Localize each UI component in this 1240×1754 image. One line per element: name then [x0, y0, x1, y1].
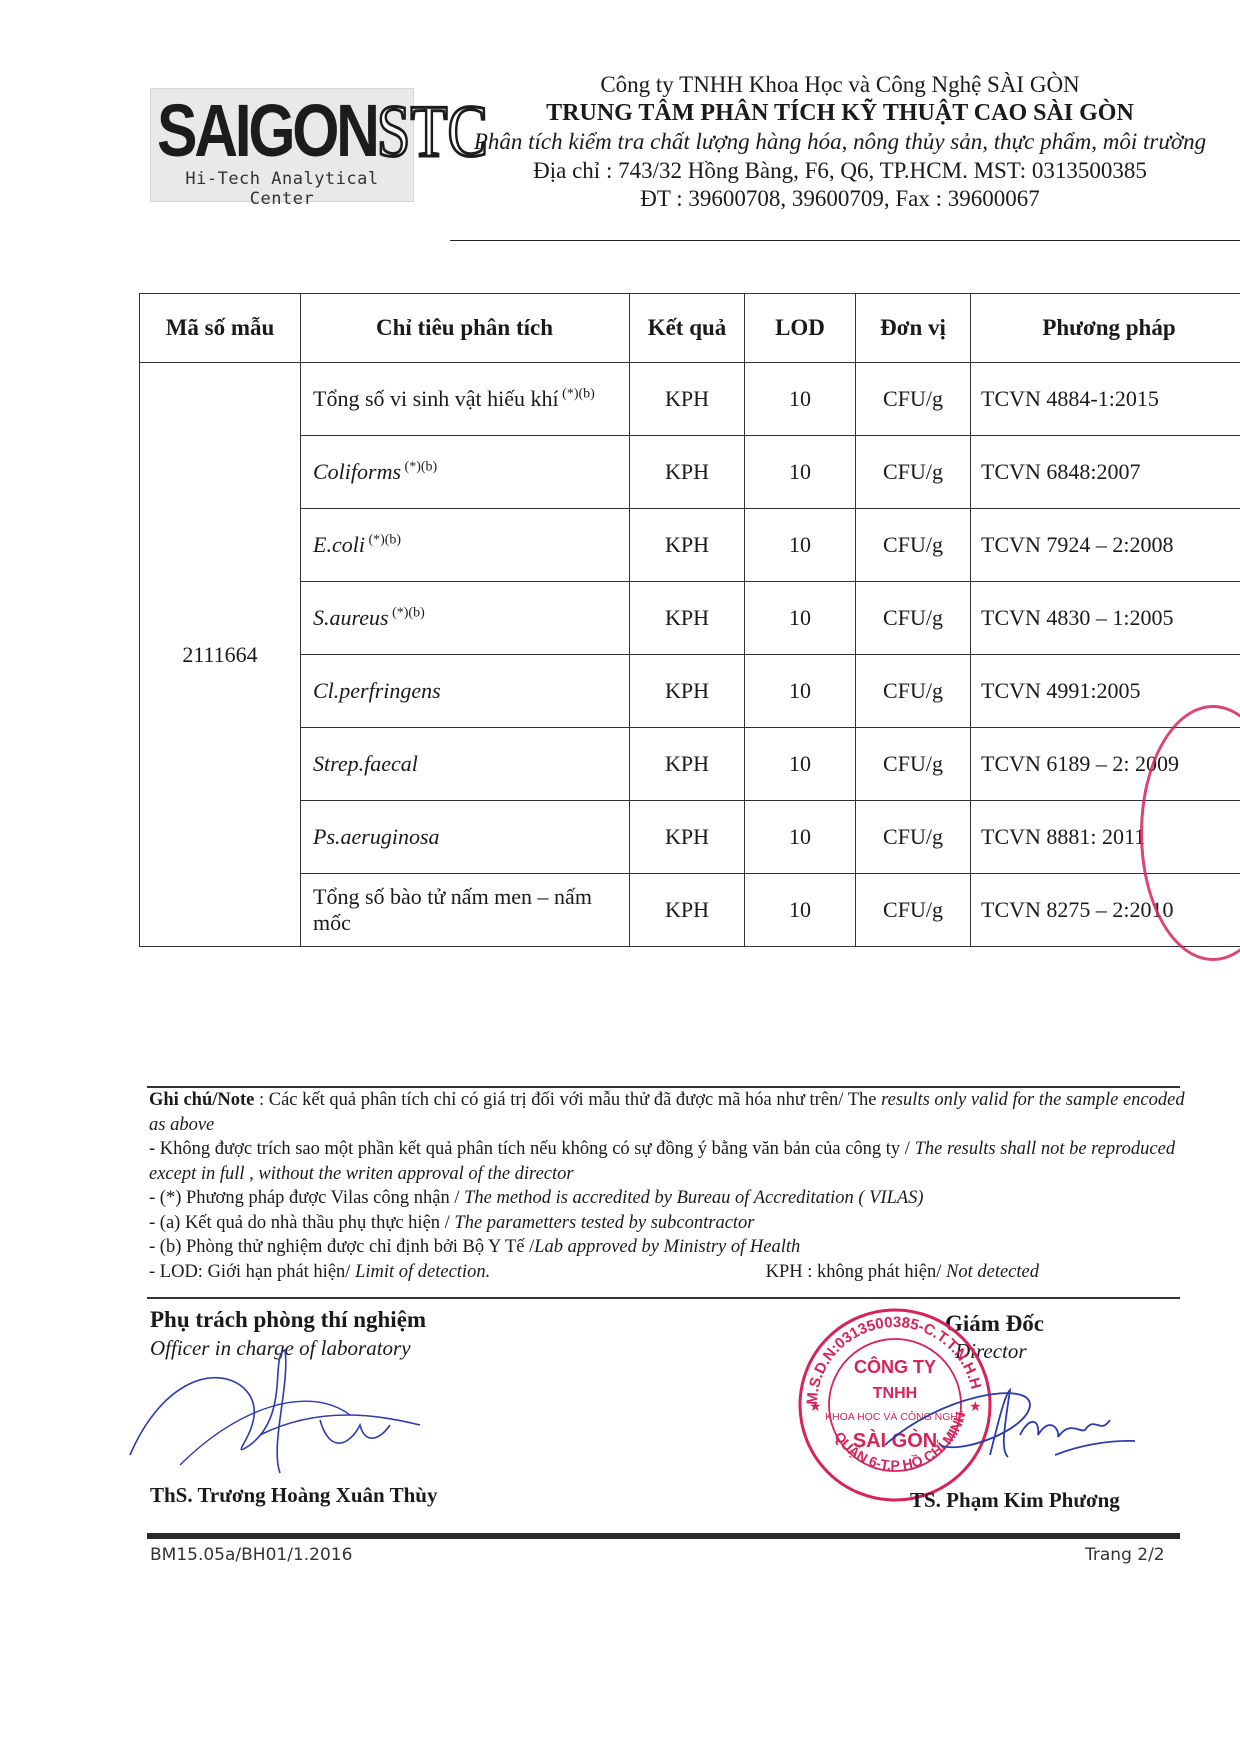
center-name: TRUNG TÂM PHÂN TÍCH KỸ THUẬT CAO SÀI GÒN	[410, 100, 1240, 127]
svg-text:CÔNG TY: CÔNG TY	[854, 1356, 936, 1377]
sample-code: 2111664	[140, 363, 301, 947]
unit-value: CFU/g	[856, 509, 971, 582]
lod-value: 10	[745, 509, 856, 582]
parameter-name: Tổng số bào tử nấm men – nấm mốc	[301, 874, 630, 947]
svg-text:★: ★	[809, 1400, 822, 1415]
lod-value: 10	[745, 801, 856, 874]
lab-officer-title: Phụ trách phòng thí nghiệm	[150, 1307, 426, 1333]
header-parameter: Chỉ tiêu phân tích	[301, 294, 630, 363]
tagline: Phân tích kiểm tra chất lượng hàng hóa, …	[410, 129, 1240, 155]
unit-value: CFU/g	[856, 874, 971, 947]
header-sample-code: Mã số mẫu	[140, 294, 301, 363]
table-header-row: Mã số mẫu Chỉ tiêu phân tích Kết quả LOD…	[140, 294, 1240, 363]
signature-right-icon	[880, 1375, 1140, 1475]
company-logo: SAIGONSTC Hi-Tech Analytical Center	[150, 88, 414, 202]
result-value: KPH	[630, 801, 745, 874]
parameter-name: S.aureus (*)(b)	[301, 582, 630, 655]
notes-section: Ghi chú/Note : Các kết quả phân tích chỉ…	[149, 1088, 1189, 1284]
table-row: E.coli (*)(b)KPH10CFU/gTCVN 7924 – 2:200…	[140, 509, 1240, 582]
note-line: Ghi chú/Note : Các kết quả phân tích chỉ…	[149, 1088, 1189, 1137]
note-line: - Không được trích sao một phần kết quả …	[149, 1137, 1189, 1186]
lod-value: 10	[745, 728, 856, 801]
header-unit: Đơn vị	[856, 294, 971, 363]
table-row: Tổng số bào tử nấm men – nấm mốcKPH10CFU…	[140, 874, 1240, 947]
parameter-name: Ps.aeruginosa	[301, 801, 630, 874]
method-value: TCVN 6848:2007	[971, 436, 1240, 509]
note-line: - (a) Kết quả do nhà thầu phụ thực hiện …	[149, 1211, 1189, 1236]
table-row: Cl.perfringensKPH10CFU/gTCVN 4991:2005	[140, 655, 1240, 728]
table-row: Ps.aeruginosaKPH10CFU/gTCVN 8881: 2011	[140, 801, 1240, 874]
method-value: TCVN 4884-1:2015	[971, 363, 1240, 436]
unit-value: CFU/g	[856, 436, 971, 509]
header-result: Kết quả	[630, 294, 745, 363]
notes-divider-bottom	[147, 1297, 1180, 1299]
page-number: Trang 2/2	[1085, 1545, 1165, 1565]
header-divider	[450, 240, 1240, 241]
phone-fax: ĐT : 39600708, 39600709, Fax : 39600067	[410, 186, 1240, 212]
table-row: Strep.faecalKPH10CFU/gTCVN 6189 – 2: 200…	[140, 728, 1240, 801]
lod-value: 10	[745, 363, 856, 436]
director-name: TS. Phạm Kim Phương	[910, 1488, 1120, 1513]
lod-value: 10	[745, 655, 856, 728]
result-value: KPH	[630, 363, 745, 436]
signature-left-icon	[120, 1345, 440, 1480]
unit-value: CFU/g	[856, 582, 971, 655]
result-value: KPH	[630, 728, 745, 801]
table-row: S.aureus (*)(b)KPH10CFU/gTCVN 4830 – 1:2…	[140, 582, 1240, 655]
result-value: KPH	[630, 582, 745, 655]
unit-value: CFU/g	[856, 728, 971, 801]
header-method: Phương pháp	[971, 294, 1240, 363]
address: Địa chỉ : 743/32 Hồng Bàng, F6, Q6, TP.H…	[410, 158, 1240, 184]
parameter-name: Cl.perfringens	[301, 655, 630, 728]
form-code: BM15.05a/BH01/1.2016	[150, 1545, 352, 1565]
result-value: KPH	[630, 436, 745, 509]
lod-value: 10	[745, 582, 856, 655]
company-name: Công ty TNHH Khoa Học và Công Nghệ SÀI G…	[410, 72, 1240, 98]
result-value: KPH	[630, 655, 745, 728]
lod-value: 10	[745, 436, 856, 509]
unit-value: CFU/g	[856, 363, 971, 436]
note-line: - (b) Phòng thử nghiệm được chỉ định bởi…	[149, 1235, 1189, 1260]
method-value: TCVN 7924 – 2:2008	[971, 509, 1240, 582]
note-line: - (*) Phương pháp được Vilas công nhận /…	[149, 1186, 1189, 1211]
table-row: 2111664Tổng số vi sinh vật hiếu khí (*)(…	[140, 363, 1240, 436]
parameter-name: E.coli (*)(b)	[301, 509, 630, 582]
result-value: KPH	[630, 874, 745, 947]
parameter-name: Tổng số vi sinh vật hiếu khí (*)(b)	[301, 363, 630, 436]
parameter-name: Coliforms (*)(b)	[301, 436, 630, 509]
footer-divider	[147, 1533, 1180, 1539]
method-value: TCVN 4830 – 1:2005	[971, 582, 1240, 655]
parameter-name: Strep.faecal	[301, 728, 630, 801]
unit-value: CFU/g	[856, 655, 971, 728]
logo-subtitle: Hi-Tech Analytical Center	[151, 169, 413, 209]
note-line: - LOD: Giới hạn phát hiện/ Limit of dete…	[149, 1260, 1039, 1285]
header-lod: LOD	[745, 294, 856, 363]
results-table: Mã số mẫu Chỉ tiêu phân tích Kết quả LOD…	[139, 293, 1240, 947]
unit-value: CFU/g	[856, 801, 971, 874]
lab-officer-name: ThS. Trương Hoàng Xuân Thùy	[150, 1483, 437, 1508]
lod-value: 10	[745, 874, 856, 947]
table-row: Coliforms (*)(b)KPH10CFU/gTCVN 6848:2007	[140, 436, 1240, 509]
result-value: KPH	[630, 509, 745, 582]
